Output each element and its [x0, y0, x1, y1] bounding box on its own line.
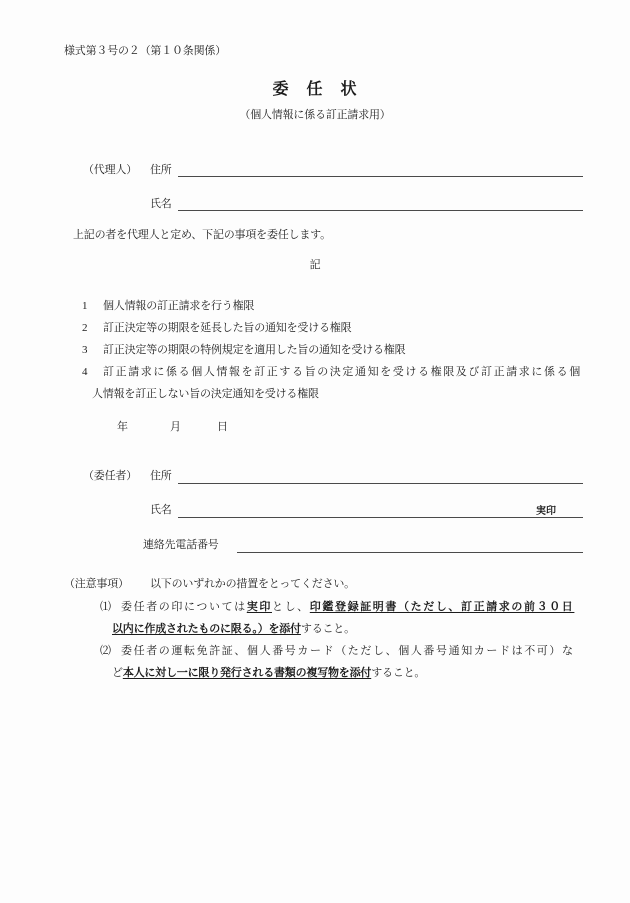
item-text: 訂正請求に係る個人情報を訂正する旨の決定通知を受ける権限及び訂正請求に係る個	[103, 366, 582, 378]
list-item: 4訂正請求に係る個人情報を訂正する旨の決定通知を受ける権限及び訂正請求に係る個	[82, 365, 582, 379]
note-1-line-2: 以内に作成されたものに限る。）を添付すること。	[112, 622, 355, 636]
list-item: 1個人情報の訂正請求を行う権限	[82, 299, 254, 313]
note-1-text: すること。	[301, 623, 355, 635]
note-2-text: すること。	[371, 667, 425, 679]
note-1-text: とし、	[272, 601, 310, 613]
note-2-text: ど	[112, 667, 123, 679]
note-1-emphasis-attach: 以内に作成されたものに限る。）を添付	[112, 623, 301, 635]
principal-phone-label: 連絡先電話番号	[143, 538, 219, 552]
note-1-line-1: ⑴委任者の印については実印とし、印鑑登録証明書（ただし、訂正請求の前３０日	[100, 600, 574, 614]
list-item: 3訂正決定等の期限の特例規定を適用した旨の通知を受ける権限	[82, 343, 405, 357]
list-item-continuation: 人情報を訂正しない旨の決定通知を受ける権限	[92, 387, 319, 401]
agent-address-fill-line	[178, 176, 583, 177]
delegation-declaration: 上記の者を代理人と定め、下記の事項を委任します。	[73, 228, 331, 242]
item-number: 4	[82, 365, 103, 379]
principal-address-label: 住所	[150, 469, 172, 483]
note-1-text: 委任者の印については	[121, 601, 247, 613]
agent-name-label: 氏名	[150, 197, 172, 211]
note-1-emphasis-seal: 実印	[247, 601, 272, 613]
item-number: 1	[82, 299, 103, 313]
page-subtitle: （個人情報に係る訂正請求用）	[0, 108, 630, 122]
note-2-text: 委任者の運転免許証、個人番号カード（ただし、個人番号通知カードは不可）な	[121, 645, 575, 657]
note-1-number: ⑴	[100, 600, 121, 614]
agent-name-fill-line	[178, 210, 583, 211]
date-day-label: 日	[217, 420, 228, 434]
note-1-emphasis-certificate: 印鑑登録証明書（ただし、訂正請求の前３０日	[310, 601, 575, 613]
agent-party-label: （代理人）	[83, 163, 137, 177]
item-text: 訂正決定等の期限の特例規定を適用した旨の通知を受ける権限	[103, 344, 405, 356]
item-number: 3	[82, 343, 103, 357]
note-2-line-2: ど本人に対し一に限り発行される書類の複写物を添付すること。	[112, 666, 425, 680]
principal-address-fill-line	[178, 483, 583, 484]
date-year-label: 年	[117, 420, 128, 434]
principal-name-label: 氏名	[150, 503, 172, 517]
principal-phone-fill-line	[237, 552, 583, 553]
page-title: 委 任 状	[0, 76, 630, 99]
principal-party-label: （委任者）	[83, 469, 137, 483]
registered-seal-label: 実印	[536, 502, 556, 517]
note-2-number: ⑵	[100, 644, 121, 658]
item-number: 2	[82, 321, 103, 335]
record-marker: 記	[0, 258, 630, 272]
note-2-emphasis-copy: 本人に対し一に限り発行される書類の複写物を添付	[123, 667, 371, 679]
principal-name-fill-line	[178, 517, 583, 518]
note-2-line-1: ⑵委任者の運転免許証、個人番号カード（ただし、個人番号通知カードは不可）な	[100, 644, 575, 658]
list-item: 2訂正決定等の期限を延長した旨の通知を受ける権限	[82, 321, 351, 335]
date-month-label: 月	[170, 420, 181, 434]
agent-address-label: 住所	[150, 163, 172, 177]
notes-section-text: 以下のいずれかの措置をとってください。	[150, 577, 355, 591]
item-text: 個人情報の訂正請求を行う権限	[103, 300, 254, 312]
item-text: 訂正決定等の期限を延長した旨の通知を受ける権限	[103, 322, 351, 334]
notes-section-label: （注意事項）	[64, 577, 129, 591]
form-number: 様式第３号の２（第１０条関係）	[64, 44, 226, 58]
